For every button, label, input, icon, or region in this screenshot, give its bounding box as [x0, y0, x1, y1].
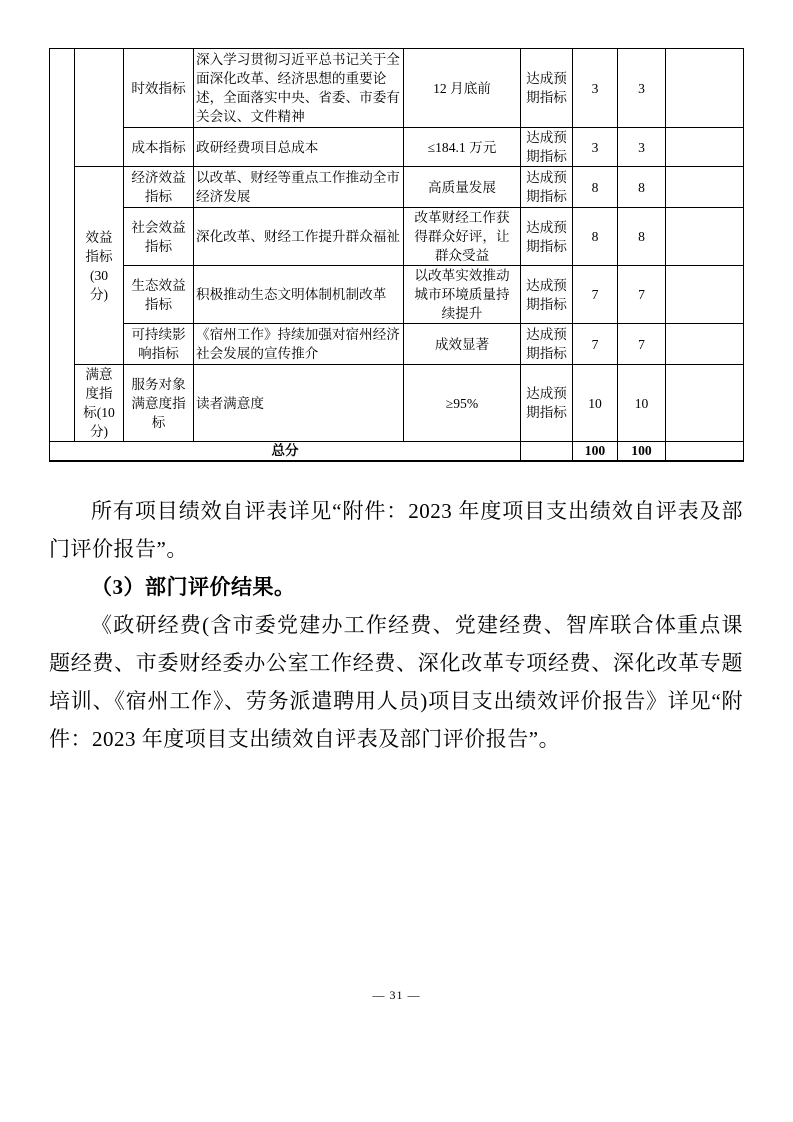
- target-value-cell: 以改革实效推动城市环境质量持续提升: [404, 266, 521, 324]
- self-score-cell: 3: [618, 128, 666, 167]
- self-score-cell: 8: [618, 208, 666, 266]
- completion-cell: 达成预期指标: [521, 49, 573, 128]
- indicator-description-cell: 政研经费项目总成本: [194, 128, 404, 167]
- self-score-cell: 7: [618, 266, 666, 324]
- left-span-cell: [50, 49, 75, 442]
- dept-score-cell: [666, 266, 744, 324]
- indicator-name-cell: 经济效益指标: [124, 167, 194, 208]
- indicator-name-cell: 可持续影响指标: [124, 324, 194, 365]
- target-value-cell: 12 月底前: [404, 49, 521, 128]
- indicator-description-cell: 积极推动生态文明体制机制改革: [194, 266, 404, 324]
- body-text: 所有项目绩效自评表详见“附件：2023 年度项目支出绩效自评表及部门评价报告”。…: [49, 492, 743, 758]
- indicator-name-cell: 社会效益指标: [124, 208, 194, 266]
- weight-cell: 3: [573, 49, 618, 128]
- completion-cell: 达成预期指标: [521, 324, 573, 365]
- completion-cell: 达成预期指标: [521, 365, 573, 442]
- completion-cell: 达成预期指标: [521, 128, 573, 167]
- table-row: 可持续影响指标 《宿州工作》持续加强对宿州经济社会发展的宣传推介 成效显著 达成…: [50, 324, 744, 365]
- table-row: 效益 指标 (30 分) 经济效益指标 以改革、财经等重点工作推动全市经济发展 …: [50, 167, 744, 208]
- weight-cell: 8: [573, 208, 618, 266]
- indicator-description-cell: 以改革、财经等重点工作推动全市经济发展: [194, 167, 404, 208]
- table-row: 时效指标 深入学习贯彻习近平总书记关于全面深化改革、经济思想的重要论述，全面落实…: [50, 49, 744, 128]
- self-score-cell: 7: [618, 324, 666, 365]
- self-score-cell: 10: [618, 365, 666, 442]
- total-label-cell: 总分: [50, 442, 521, 461]
- target-value-cell: 成效显著: [404, 324, 521, 365]
- total-completion-cell: [521, 442, 573, 461]
- paragraph-attachment-note: 所有项目绩效自评表详见“附件：2023 年度项目支出绩效自评表及部门评价报告”。: [49, 492, 743, 568]
- dept-score-cell: [666, 208, 744, 266]
- total-row: 总分 100 100: [50, 442, 744, 461]
- weight-cell: 3: [573, 128, 618, 167]
- dept-score-cell: [666, 49, 744, 128]
- weight-cell: 7: [573, 324, 618, 365]
- heading-dept-evaluation-result: （3）部门评价结果。: [49, 568, 743, 606]
- indicator-description-cell: 《宿州工作》持续加强对宿州经济社会发展的宣传推介: [194, 324, 404, 365]
- weight-cell: 10: [573, 365, 618, 442]
- completion-cell: 达成预期指标: [521, 167, 573, 208]
- indicator-description-cell: 深入学习贯彻习近平总书记关于全面深化改革、经济思想的重要论述，全面落实中央、省委…: [194, 49, 404, 128]
- dept-score-cell: [666, 324, 744, 365]
- indicator-description-cell: 读者满意度: [194, 365, 404, 442]
- target-value-cell: ≤184.1 万元: [404, 128, 521, 167]
- table-row: 成本指标 政研经费项目总成本 ≤184.1 万元 达成预期指标 3 3: [50, 128, 744, 167]
- group-cell-satisfaction: 满意 度指 标(10 分): [75, 365, 124, 442]
- self-score-cell: 8: [618, 167, 666, 208]
- dept-score-cell: [666, 167, 744, 208]
- group-cell-carryover: [75, 49, 124, 167]
- target-value-cell: ≥95%: [404, 365, 521, 442]
- weight-cell: 8: [573, 167, 618, 208]
- completion-cell: 达成预期指标: [521, 208, 573, 266]
- indicator-name-cell: 生态效益指标: [124, 266, 194, 324]
- dept-score-cell: [666, 365, 744, 442]
- completion-cell: 达成预期指标: [521, 266, 573, 324]
- group-cell-benefit: 效益 指标 (30 分): [75, 167, 124, 365]
- weight-cell: 7: [573, 266, 618, 324]
- performance-indicator-table: 时效指标 深入学习贯彻习近平总书记关于全面深化改革、经济思想的重要论述，全面落实…: [49, 48, 744, 462]
- target-value-cell: 改革财经工作获得群众好评，让群众受益: [404, 208, 521, 266]
- page-number: — 31 —: [0, 988, 793, 1003]
- total-weight-cell: 100: [573, 442, 618, 461]
- dept-score-cell: [666, 128, 744, 167]
- table-row: 社会效益指标 深化改革、财经工作提升群众福祉 改革财经工作获得群众好评，让群众受…: [50, 208, 744, 266]
- target-value-cell: 高质量发展: [404, 167, 521, 208]
- indicator-name-cell: 成本指标: [124, 128, 194, 167]
- indicator-name-cell: 服务对象满意度指标: [124, 365, 194, 442]
- indicator-description-cell: 深化改革、财经工作提升群众福祉: [194, 208, 404, 266]
- table-row: 生态效益指标 积极推动生态文明体制机制改革 以改革实效推动城市环境质量持续提升 …: [50, 266, 744, 324]
- indicator-name-cell: 时效指标: [124, 49, 194, 128]
- total-self-score-cell: 100: [618, 442, 666, 461]
- self-score-cell: 3: [618, 49, 666, 128]
- paragraph-evaluation-report: 《政研经费(含市委党建办工作经费、党建经费、智库联合体重点课题经费、市委财经委办…: [49, 606, 743, 758]
- table-row: 满意 度指 标(10 分) 服务对象满意度指标 读者满意度 ≥95% 达成预期指…: [50, 365, 744, 442]
- document-page: 时效指标 深入学习贯彻习近平总书记关于全面深化改革、经济思想的重要论述，全面落实…: [0, 0, 793, 1122]
- total-dept-score-cell: [666, 442, 744, 461]
